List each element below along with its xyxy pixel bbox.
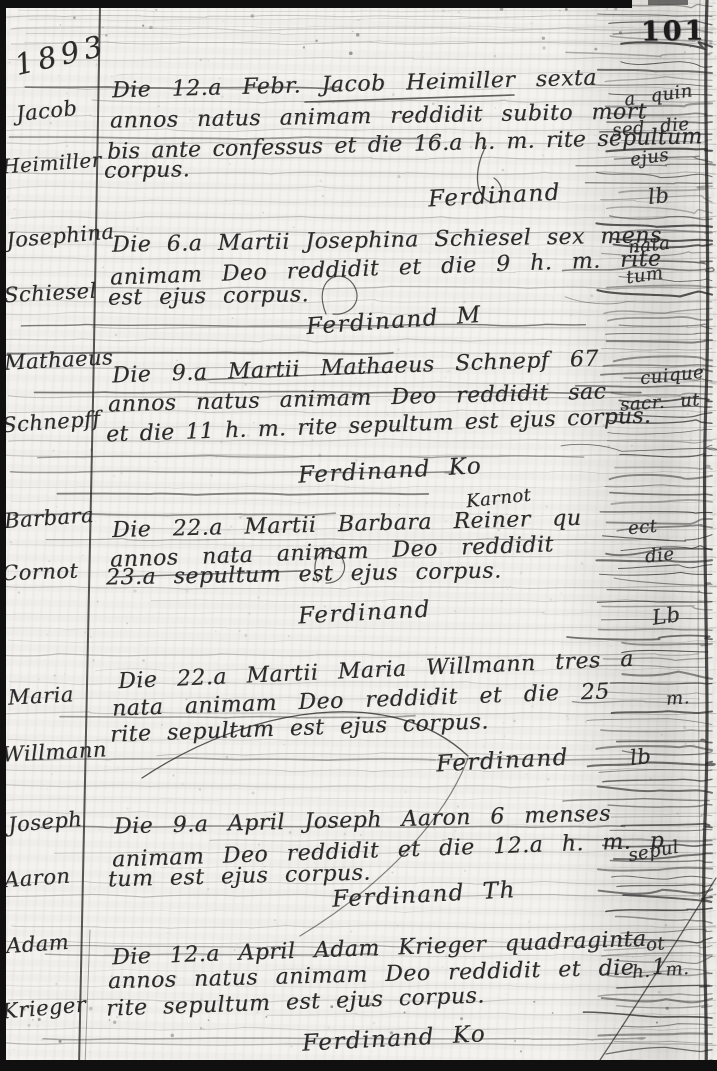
record-line: animam Deo reddidit et die 9 h. m. rite xyxy=(110,246,662,290)
gutter-fragment: sed die xyxy=(611,114,690,142)
gutter-fragment: ejus xyxy=(629,144,671,170)
margin-name: Maria xyxy=(7,682,74,709)
margin-name: Aaron xyxy=(3,864,71,893)
record-line: annos nata animam Deo reddidit xyxy=(110,532,555,572)
record-line: nata animam Deo reddidit et die 25 xyxy=(112,679,611,721)
gutter-fragment: a quin xyxy=(623,80,694,110)
gutter-fragment: sacr. ut xyxy=(619,389,700,416)
record-line: annos natus animam Deo reddidit sac xyxy=(108,379,607,417)
record-line: rite sepultum est ejus corpus. xyxy=(110,709,490,747)
entry-record-1: Jacob Heimiller Die 12.a Febr. Jacob Hei… xyxy=(0,0,717,1071)
priest-signature: Ferdinand M xyxy=(305,302,482,340)
record-line: corpus. xyxy=(104,157,191,183)
gutter-fragment: nata xyxy=(627,233,671,258)
priest-signature: Ferdinand Ko xyxy=(297,453,482,489)
record-line: rite sepultum est ejus corpus. xyxy=(106,983,486,1021)
priest-signature: Ferdinand xyxy=(435,745,569,778)
record-line: bis ante confessus et die 16.a h. m. rit… xyxy=(107,124,703,165)
priest-signature: Ferdinand Ko xyxy=(301,1021,486,1057)
entry-record-7: Adam Krieger Die 12.a April Adam Krieger… xyxy=(0,0,717,1071)
margin-name: Barbara xyxy=(3,503,94,533)
page-number: 101 xyxy=(641,15,707,47)
margin-name: Jacob xyxy=(15,96,78,126)
record-line: Die 9.a April Joseph Aaron 6 menses xyxy=(114,801,612,839)
priest-signature: Ferdinand xyxy=(297,597,431,630)
margin-name: Krieger xyxy=(1,992,87,1023)
record-line: Die 6.a Martii Josephina Schiesel sex me… xyxy=(112,223,662,258)
page-border-top xyxy=(0,0,632,8)
margin-name: Mathaeus xyxy=(3,345,113,375)
gutter-fragment: cuique xyxy=(639,362,705,390)
entry-record-4: Barbara Cornot Karnot Die 22.a Martii Ba… xyxy=(0,0,717,1071)
ruling-lines-layer xyxy=(0,0,717,1071)
gutter-fragment: h. m. xyxy=(631,958,690,983)
gutter-fragment: m. xyxy=(665,687,690,710)
record-line: et die 11 h. m. rite sepultum est ejus c… xyxy=(106,403,652,447)
margin-name: Joseph xyxy=(7,807,83,837)
record-line: 23.a sepultum est ejus corpus. xyxy=(106,559,502,591)
page-border-left xyxy=(0,0,6,1071)
page-border-bottom xyxy=(0,1060,717,1071)
gutter-fragment: Lb xyxy=(650,602,681,630)
gutter-fragment: tum xyxy=(625,262,665,288)
page-border-top-fragment xyxy=(648,0,688,5)
year-label: 1893 xyxy=(11,28,110,82)
record-line: Die 12.a Febr. Jacob Heimiller sexta xyxy=(112,66,598,104)
entry-record-5: Maria Willmann Die 22.a Martii Maria Wil… xyxy=(0,0,717,1071)
record-line: Die 22.a Martii Maria Willmann tres a xyxy=(118,647,635,694)
margin-name: Schnepff xyxy=(1,407,101,438)
binding-gutter-shade xyxy=(0,0,717,1071)
margin-name: Heimiller xyxy=(1,148,102,179)
interlinear-note: Karnot xyxy=(465,485,532,513)
margin-name: Willmann xyxy=(1,737,107,766)
record-line: Die 9.a Martii Mathaeus Schnepf 67 xyxy=(112,347,600,389)
priest-signature: Ferdinand xyxy=(427,180,561,213)
gutter-fragment: lb xyxy=(647,183,671,209)
margin-name: Josephina xyxy=(5,219,115,252)
gutter-fragment: sepul xyxy=(627,837,681,867)
record-line: est ejus corpus. xyxy=(108,282,309,311)
record-line: animam Deo reddidit et die 12.a h. m. p xyxy=(112,828,665,872)
record-line: annos natus animam reddidit subito mort xyxy=(110,99,647,133)
priest-signature: Ferdinand Th xyxy=(331,877,516,913)
entry-record-6: Joseph Aaron Die 9.a April Joseph Aaron … xyxy=(0,0,717,1071)
margin-name: Schiesel xyxy=(3,279,97,308)
gutter-fragment: ot xyxy=(645,933,666,956)
gutter-fragment: lb xyxy=(629,744,653,770)
gutter-fragment: die xyxy=(644,544,675,568)
record-line: annos natus animam Deo reddidit et die 1 xyxy=(108,955,667,995)
parish-register-scan-page: 101 1893 Jacob Heimiller Die 12.a Febr. … xyxy=(0,0,717,1071)
record-line: tum est ejus corpus. xyxy=(108,861,371,893)
margin-name: Adam xyxy=(5,930,70,958)
entry-record-3: Mathaeus Schnepff Die 9.a Martii Mathaeu… xyxy=(0,0,717,1071)
record-line: Die 22.a Martii Barbara Reiner qu xyxy=(112,506,582,543)
handwriting-layer: 101 1893 Jacob Heimiller Die 12.a Febr. … xyxy=(0,0,717,1071)
record-line: Die 12.a April Adam Krieger quadraginta xyxy=(112,927,647,971)
gutter-fragment: ect xyxy=(627,516,658,539)
entry-record-2: Josephina Schiesel Die 6.a Martii Joseph… xyxy=(0,0,717,1071)
margin-name: Cornot xyxy=(2,559,79,586)
fold-crease-overlay xyxy=(0,0,717,1071)
